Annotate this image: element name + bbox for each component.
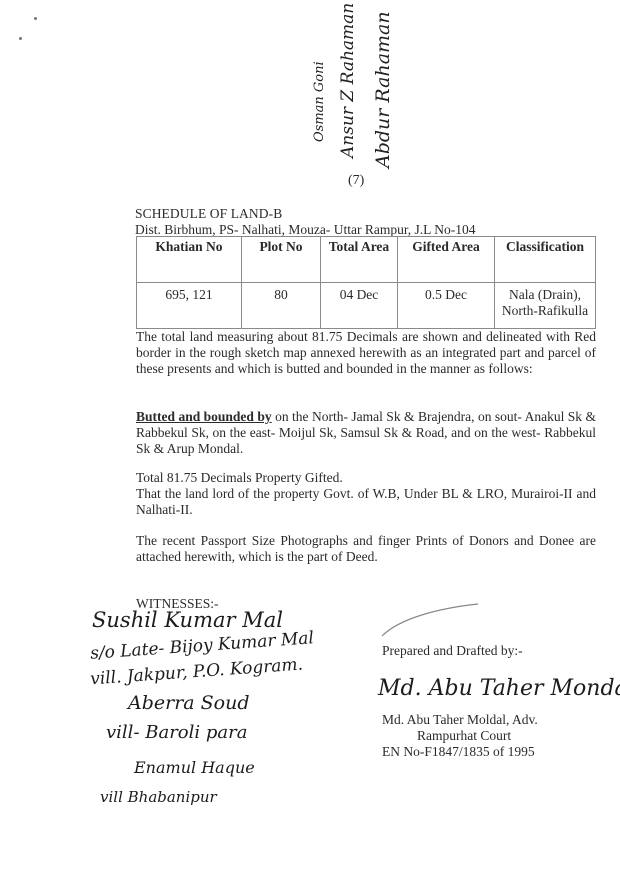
table-row: 695, 121 80 04 Dec 0.5 Dec Nala (Drain),…	[137, 283, 596, 329]
cell-gifted-area: 0.5 Dec	[398, 283, 495, 329]
header-classification: Classification	[495, 237, 596, 283]
paragraph-photographs: The recent Passport Size Photographs and…	[136, 533, 596, 565]
pen-stroke	[380, 600, 480, 640]
cell-total-area: 04 Dec	[321, 283, 398, 329]
scan-speck	[19, 37, 22, 40]
drafter-name: Md. Abu Taher Moldal, Adv.	[382, 712, 538, 728]
witness-handwriting: Aberra Soud	[128, 692, 250, 714]
witness-handwriting: vill- Baroli para	[106, 722, 247, 743]
cell-plot-no: 80	[242, 283, 321, 329]
drafter-enrolment: EN No-F1847/1835 of 1995	[382, 744, 538, 760]
paragraph-boundaries: Butted and bounded by on the North- Jama…	[136, 409, 596, 457]
drafter-details: Md. Abu Taher Moldal, Adv. Rampurhat Cou…	[382, 712, 538, 760]
header-khatian-no: Khatian No	[137, 237, 242, 283]
header-plot-no: Plot No	[242, 237, 321, 283]
signature-ansur-rahaman: Ansur Z Rahaman	[338, 3, 358, 158]
classification-line: North-Rafikulla	[496, 303, 594, 319]
witness-handwriting: Enamul Haque	[134, 758, 255, 777]
witness-handwriting: vill Bhabanipur	[100, 788, 217, 806]
signature-abdur-rahaman: Abdur Rahaman	[372, 11, 394, 168]
table-header-row: Khatian No Plot No Total Area Gifted Are…	[137, 237, 596, 283]
land-schedule-table: Khatian No Plot No Total Area Gifted Are…	[136, 236, 596, 329]
cell-khatian-no: 695, 121	[137, 283, 242, 329]
boundaries-label: Butted and bounded by	[136, 409, 272, 424]
drafter-court: Rampurhat Court	[382, 728, 538, 744]
schedule-title: SCHEDULE OF LAND-B	[135, 206, 282, 222]
cell-classification: Nala (Drain), North-Rafikulla	[495, 283, 596, 329]
total-gifted-line: Total 81.75 Decimals Property Gifted.	[136, 470, 596, 486]
signature-osman-goni: Osman Goni	[312, 61, 327, 142]
classification-line: Nala (Drain),	[496, 287, 594, 303]
header-gifted-area: Gifted Area	[398, 237, 495, 283]
land-lord-line: That the land lord of the property Govt.…	[136, 486, 596, 518]
drafted-by-title: Prepared and Drafted by:-	[382, 643, 523, 659]
header-total-area: Total Area	[321, 237, 398, 283]
paragraph-total-land: The total land measuring about 81.75 Dec…	[136, 329, 596, 377]
scan-speck	[34, 17, 37, 20]
paragraph-property-gifted: Total 81.75 Decimals Property Gifted. Th…	[136, 470, 596, 518]
witness-handwriting: Sushil Kumar Mal	[92, 608, 283, 632]
page-number: (7)	[348, 173, 364, 189]
drafter-signature: Md. Abu Taher Mondal	[378, 676, 620, 701]
